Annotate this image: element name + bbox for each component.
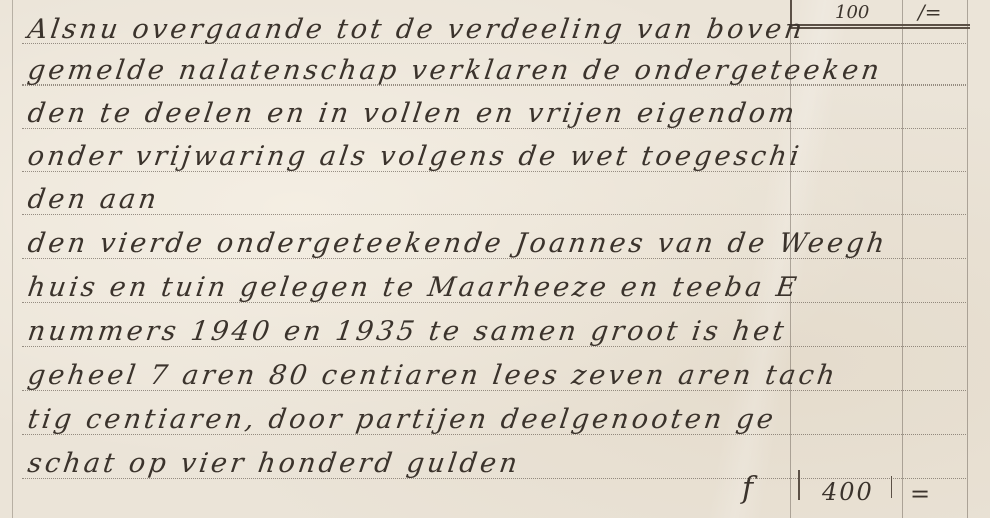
handwritten-text: den aan: [26, 186, 161, 213]
ledger-line: schat op vier honderd gulden: [22, 436, 966, 479]
handwritten-text: huis en tuin gelegen te Maarheeze en tee…: [26, 274, 801, 301]
ledger-page: 100 /= Alsnu overgaande tot de verdeelin…: [0, 0, 990, 518]
ledger-line: nummers 1940 en 1935 te samen groot is h…: [22, 304, 966, 347]
ledger-line: geheel 7 aren 80 centiaren lees zeven ar…: [22, 348, 966, 391]
handwritten-text: tig centiaren, door partijen deelgenoote…: [26, 406, 778, 433]
ledger-line: tig centiaren, door partijen deelgenoote…: [22, 392, 966, 435]
handwritten-text: den te deelen en in vollen en vrijen eig…: [26, 100, 799, 127]
ledger-line: Alsnu overgaande tot de verdeeling van b…: [22, 0, 966, 43]
amount-value: 400: [822, 480, 874, 504]
handwritten-text: onder vrijwaring als volgens de wet toeg…: [26, 143, 803, 170]
handwritten-text: Alsnu overgaande tot de verdeeling van b…: [26, 16, 807, 43]
left-margin-rule: [12, 0, 13, 518]
ledger-line: den te deelen en in vollen en vrijen eig…: [22, 86, 966, 129]
amount-separator: [798, 470, 800, 500]
ledger-line: huis en tuin gelegen te Maarheeze en tee…: [22, 260, 966, 303]
ledger-line: onder vrijwaring als volgens de wet toeg…: [22, 129, 966, 172]
handwritten-text: schat op vier honderd gulden: [26, 450, 522, 477]
handwritten-text: geheel 7 aren 80 centiaren lees zeven ar…: [26, 362, 839, 389]
handwritten-text: nummers 1940 en 1935 te samen groot is h…: [26, 318, 788, 345]
handwritten-text: gemelde nalatenschap verklaren de onderg…: [26, 57, 884, 84]
cents-column-right-rule: [967, 0, 968, 518]
cents-separator: [891, 476, 892, 498]
ledger-line: den vierde ondergeteekende Joannes van d…: [22, 216, 966, 259]
handwritten-text: den vierde ondergeteekende Joannes van d…: [26, 230, 889, 257]
currency-symbol: f: [742, 474, 753, 504]
ledger-line: den aan: [22, 172, 966, 215]
amount-cents: =: [910, 482, 930, 506]
ledger-line: gemelde nalatenschap verklaren de onderg…: [22, 43, 966, 86]
